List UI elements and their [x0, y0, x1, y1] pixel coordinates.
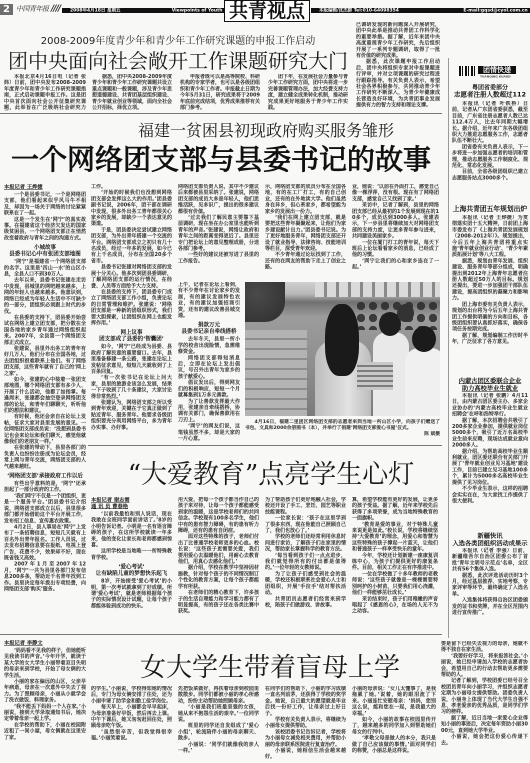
- article-column: 据悉，团中央2008-2009年度青少年和青少年工作研究课题共设立重点课题和一般…: [92, 74, 172, 111]
- paragraph: ‘孝敬父母是做人的本分，我只是做了自己应该做的事情。’面对同学们的称赞，小丽总是…: [352, 736, 436, 755]
- paragraph: ‘每当看到孩子们一点点进步，我们就觉得所有的付出都是值得的。’一位年轻的女教师说…: [265, 553, 346, 572]
- paragraph: 据介绍，为帮助高校毕业生顺利就业，团区委还联合有关部门开展了‘青年就业创业见习基…: [452, 449, 528, 486]
- paragraph: 据了解，本次招聘会共吸引了200多家企业参加，提供就业岗位5000多个，吸引了近…: [452, 418, 528, 449]
- email-address: E-mail:gqsd@cyol.com.cn: [464, 8, 528, 13]
- paragraph: 一位在厦门打工的青年说，每天下班后上论坛看看家乡的消息，已经成了他的习惯。: [352, 240, 439, 259]
- paragraph: 在学校的帮助下，小丽在校园附近租了一间小屋，母女俩就在这里安了家。: [4, 722, 86, 741]
- subheading-line: 县委书记亲自牵线搭桥: [178, 328, 240, 335]
- paragraph: 共青团员志愿者们经常来到学校，陪孩子们做游戏、讲故事。: [265, 596, 346, 608]
- paragraph: 去年冬天，县里一所小学的校舍出现险情，急需维修资金。: [178, 337, 240, 356]
- paragraph: 据悉，此次课题申报工作启动后，团中央将组织专家对申报课题进行评审，并对立项课题的…: [356, 59, 440, 109]
- paragraph: 面对这些特殊的孩子，老师们付出了比普通学校老师更多的心血。校长说：‘这些孩子更需…: [178, 534, 259, 565]
- photo-building: [315, 282, 440, 297]
- masthead-date-bar: 2008年4月18日 星期五 Viewpoints of Youth: [62, 8, 224, 13]
- paragraph: 采访结束时，孩子们用稚嫩的声音唱起了《感恩的心》，在场的人无不为之动容。: [352, 596, 438, 615]
- article-headline: 团中央面向社会敞开工作课题研究大门: [0, 49, 356, 73]
- article-column: 示，网络团支部的成员分布在全国各地，有的在工厂打工，有的自己创业，还有的在外地读…: [265, 184, 346, 280]
- paragraph: 为了让善款发挥最大作用，张建亲自牵线搭桥，协调有关部门，确保善款用在刀刃上。: [178, 399, 240, 424]
- sidebar-item-headline: 新疆快讯 入选各类团组织活动成果示范点: [452, 532, 528, 548]
- paragraph: 团下年，在发展社会力量参与青少年工作研究方面，团中央将进一步完善课题管理办法，加…: [268, 74, 348, 111]
- paragraph: ‘教育是爱的事业，对于特殊儿童来说更是如此。’校长说，学校将继续坚持‘大爱教育’…: [352, 522, 438, 553]
- headline-line: 粤团省委部分: [452, 84, 528, 91]
- sidebar-header-title: 团情快递: [483, 66, 511, 74]
- caption-text: 4月16日，福建二里团区网络团支部的志愿者来到当地一所山区小学，向孩子们赠送了书…: [245, 419, 440, 431]
- paragraph: 如今，张建的心中装着一张团支部地图，哪个网络团支部有多少人、开展了什么活动，他都…: [4, 377, 86, 414]
- article-column: 已调研发现的新问题深入开展研究，团中央此举是推动共青团工作科学化的重要举措。据了…: [356, 22, 440, 111]
- paragraph: 小丽说：‘同学们就像我的亲人一样。’: [178, 742, 259, 754]
- decorative-slashes: ////: [51, 3, 60, 15]
- paragraph: 小丽的母亲说：‘女儿太懂事了，是我拖累了她。’说着，她的眼泪流了下来。小丽连忙安…: [352, 686, 436, 717]
- paragraph: 8岁，开始接受‘爱心考试’的小明，第一次考试就拿到了好成绩。所谓‘爱心考试’，就…: [91, 579, 172, 610]
- paragraph: 网络团支部得知消息后，立即在论坛上发出倡议，号召外出青年为家乡的孩子献爱心。: [178, 355, 240, 380]
- paragraph: 一位在学校做了十多年教师的老教师说：‘这些孩子就像是一棵棵需要特别呵护的小树苗，…: [352, 571, 438, 596]
- paragraph: 在老师们的精心教育下，许多孩子的生活自理能力和学习能力都有了明显提高，有的孩子还…: [178, 590, 259, 615]
- section-title: 共青视点: [225, 1, 309, 21]
- paragraph: 据悉，此次评选活动历时3个月，经过基层推荐、实地考察、专家评审等环节，最终确定了…: [452, 573, 528, 598]
- paragraph: 小丽说，她相信生活会越来越好。: [265, 748, 346, 760]
- section-english-name: Viewpoints of Youth: [171, 8, 222, 13]
- paragraph: ‘妈妈看不见我的样子，但她能听见我读书的声音。’今年开学，就读于某大学的女大学生…: [4, 648, 86, 679]
- paragraph: 目前，全省各级团组织已建立志愿服务站点3000多个。: [452, 169, 528, 181]
- paragraph: ‘网宁让我们的心和家乡连在了一起。’: [352, 258, 439, 270]
- sidebar-header-subtitle: TUANQING KUAIDI: [480, 75, 511, 79]
- paragraph: 要是留下已经失去视力的母亲，她就不得不独自在家生活。: [441, 641, 528, 653]
- byline: 本报记者 王烨捷: [4, 184, 86, 191]
- article-headline: 一个网络团支部与县委书记的故事: [0, 143, 442, 177]
- paragraph: 小丽说，她会把这份爱心传递下去。: [441, 734, 528, 746]
- paragraph: 去年以来，县委书记张建在走访中发现，县城里的网吧越来越多，上网的年轻人也越来越多…: [4, 278, 86, 315]
- paragraph: 如今，‘网宁’已经成为县委、县政府了解民意的重要窗口。去年，县里准备修建一条公路…: [91, 344, 172, 375]
- paragraph: 示，网络团支部的成员分布在全国各地，有的在工厂打工，有的自己创业，还有的在外地读…: [265, 184, 346, 215]
- article-column: 本报北京4月16日电（记者 张炜）日前，团中央发布2008-2009年度青少年和…: [4, 74, 86, 111]
- sidebar-divider: [448, 58, 449, 638]
- paragraph: 据介绍，学校在教学中坚持因材施教，针对每个孩子的不同情况制订个性化的教育方案，让…: [178, 565, 259, 590]
- article-column: 本报记者 李静文 ‘妈妈看不见我的样子，但她能听见我读书的声音。’今年开学，就读…: [4, 640, 86, 763]
- paragraph: 如今，小丽的故事在校园里传开了，越来越多的同学加入到帮助她们母女的行列中。: [352, 717, 436, 736]
- paragraph: 采访中，记者了解到，县里的网络团支部已经从最初的1个发展到现在的10多个，成员达…: [352, 203, 439, 240]
- paragraph: 每天早上，小丽都会早早起床，为母亲准备好早饭，然后再去上课。中午下课后，她又匆匆…: [91, 705, 172, 730]
- subheading: ‘网络团支部’承接政府工作以后: [4, 473, 86, 480]
- paragraph: 记者了解到，学校团委已经号召全校团员青年向小丽学习，并组织志愿者定期为小丽母女提…: [441, 678, 528, 715]
- article-column: 的学生。’小丽说，学校得知她的情况后，专门为母女俩安排了住处，还为小丽申请了助学…: [91, 686, 172, 763]
- article-column: 业，她说：‘以前在外面打工，感觉自己像一棵浮萍，没有根。现在有了网络团支部，感觉…: [352, 184, 439, 280]
- paragraph: 团省委有关负责人表示，下一步将进一步加强志愿者的培训和管理，推动志愿服务工作制度…: [452, 144, 528, 169]
- article-column: 本报记者 王烨捷 一个是县委书记，一个是网络团支部，他们看起来似乎风马牛不相及，…: [4, 184, 86, 632]
- article-headline: 女大学生带着盲母上学: [94, 653, 446, 683]
- photo-child-body: [405, 348, 440, 416]
- section-divider: [88, 445, 442, 446]
- paragraph: 班里的同学还自发组成了‘爱心小组’，轮流陪伴小丽的母亲聊天、散步。: [178, 723, 259, 742]
- paragraph: 在县委的支持下，团县委开始尝试在网络上建立团支部，把分散在全国各地的家乡青年通过…: [4, 315, 86, 346]
- section-divider: [0, 634, 442, 635]
- article-column: 先把饭菜做好，再扶着母亲到校园里散散步。同学们都被小丽的孝心所感动，纷纷主动帮助…: [178, 686, 259, 763]
- paragraph: 这所学校是当地唯一一所特殊教育学校。: [91, 549, 172, 561]
- paragraph: ‘过去我们了解民意主要靠下基层调研，现在坐在办公室里也能听到青年的声音。’张建说…: [178, 215, 259, 252]
- news-photo: [245, 282, 440, 416]
- article-column: 申报者既可以是高等院校、科研机构的专家学者，也可以是各级团组织和青少年工作者。申…: [180, 74, 260, 111]
- article-kicker: 福建一贫困县初现政府购买服务雏形: [90, 121, 442, 140]
- paragraph: ‘以前我最怕和别人说话，现在我敢在全班同学面前讲话了。’8岁的小明告诉记者。小明…: [91, 512, 172, 549]
- photo-credit: 陈 斌摄: [245, 431, 440, 437]
- paragraph: 据了解，近日当地一家爱心企业得知小丽的事迹后，决定每年资助小丽3000元，直到她…: [441, 715, 528, 734]
- barcode-stripes-icon: [459, 66, 477, 76]
- paragraph: 网络团支部负责人说，其中不少建议后来都被县里采纳了。张建说，网络团支部的成员大多…: [178, 184, 259, 215]
- photo-child-head: [397, 304, 414, 322]
- paragraph: 算，希望学校能有更好的发展，让更多的孩子受益。据了解，近年来学校先后获得了多项荣…: [352, 497, 438, 522]
- paragraph: 今年，学校还计划新建一座康复训练中心，为孩子们提供更好的康复条件。目前，相关工作…: [352, 553, 438, 572]
- photo-tree: [245, 282, 285, 322]
- subheading-line: 团支部成了县委的‘智囊团’: [91, 336, 172, 343]
- paragraph: ‘有一次张书记在论坛上问大家，县里的旅游业该怎么发展，结果一下子收到了几十条建议…: [91, 375, 172, 400]
- paragraph: ‘小丽是我们班最坚强的女孩，她从来不抱怨生活的艰辛。’一位同学说。: [178, 705, 259, 724]
- paragraph: 县委书记张建对网络团支部的发展十分关心。他多次到团县委调研，了解网络团支部的运行…: [91, 265, 172, 290]
- subheading-line: ‘网络团支部’承接政府工作以后: [4, 473, 86, 480]
- paragraph: 学校的老师们还经常利用休息时间进行家访，了解孩子们在家里的情况，帮助家长掌握科学…: [265, 534, 346, 553]
- paragraph: 学校有关负责人表示，将继续为小丽母女提供帮助。: [265, 717, 346, 729]
- subheading: ‘爱心考试’ 让有缺陷儿童的梦想快乐起飞: [91, 564, 172, 577]
- paragraph: 该校团委书记告诉记者，学校将为小丽母女减免相关费用，并帮助小丽的母亲联系医院进行…: [265, 729, 346, 748]
- paragraph: 上午，记者在论坛上看到，有不少青年在讨论家乡的发展，有的建议发展特色农业，有的建…: [178, 282, 240, 319]
- paragraph: 一位家长说：‘孩子在这里学到了很多东西，现在他能自己照顾自己了，我们也放心了。’: [265, 516, 346, 535]
- paragraph: 这是一个发生在‘网宁’的真实故事。在福建省这个经济欠发达的国家级贫困县，一个网络…: [4, 217, 86, 242]
- paragraph: 本报讯（记者 王烨捷）为贯彻落实团十五大精神，日前团上海市委发布了《上海共青团发…: [452, 215, 528, 258]
- paragraph: ‘网宁’的网友们说，这笔钱虽然不多，却是大家的一片心意。: [178, 424, 240, 443]
- photo-caption: 4月16日，福建二里团区网络团支部的志愿者来到当地一所山区小学，向孩子们赠送了书…: [245, 419, 440, 440]
- headline-line: 新疆快讯: [452, 532, 528, 540]
- photo-books: [357, 362, 393, 390]
- section-title-box: 共青视点: [224, 0, 310, 22]
- paragraph: 本报北京4月16日电（记者 张炜）日前，团中央发布2008-2009年度青少年和…: [4, 74, 86, 111]
- paragraph: 的学生。’小丽说，学校得知她的情况后，专门为母女俩安排了住处，还为小丽申请了助学…: [91, 686, 172, 705]
- paragraph: 一个是县委书记，一个是网络团支部，他们看起来似乎风马牛不相及，却因为一场关于网络…: [4, 192, 86, 217]
- paragraph: 本报讯（记者 李强）日前，新疆维吾尔自治区团委公布了首批‘青年文明号示范点’名单…: [452, 548, 528, 573]
- sidebar-item-body: 本报讯（记者 张鹏）4月11日，由内蒙古团区委主办、多家企业协办的‘内蒙古高校毕…: [452, 393, 528, 529]
- newspaper-page: 2 中国青年报 //// 2008年4月18日 星期五 Viewpoints o…: [0, 0, 530, 763]
- paragraph: 据悉，团中央2008-2009年度青少年和青少年工作研究课题共设立重点课题和一般…: [92, 74, 172, 111]
- paragraph: ‘网宁’是福建省一个网络团支部的名字。这里是‘四山一水’的山区小县，全县人口不到…: [4, 259, 86, 278]
- article-column: 算，希望学校能有更好的发展，让更多的孩子受益。据了解，近年来学校先后获得了多项荣…: [352, 497, 438, 631]
- paragraph: 团上海市委有关负责人表示，规划的出台将为今后五年上海共青团工作提供明确的方向和目…: [452, 302, 528, 333]
- paragraph: 张建说，县里外出务工的青年有好几万人，他们分布在全国各地，过去团组织很难联系上他…: [4, 346, 86, 377]
- paragraph: 有时候，他还会亲自在论坛上发帖，征求大家对县里发展的意见。一位网络团支部成员说：…: [4, 414, 86, 445]
- article-headline: “大爱教育”点亮学生心灯: [95, 459, 447, 491]
- sidebar-item-body: 本报讯（记者 王烨捷）为贯彻落实团十五大精神，日前团上海市委发布了《上海共青团发…: [452, 215, 528, 375]
- headline-line: 上海共青团五年规划出炉: [452, 205, 528, 213]
- article-column: 要是留下已经失去视力的母亲，她就不得不独自在家生活。 ‘我要好好学习，将来报答社…: [441, 641, 528, 763]
- sidebar-item-headline: 上海共青团五年规划出炉: [452, 205, 528, 214]
- photo-woman-hair: [325, 304, 359, 376]
- sidebar-item-headline: 粤团省委部分 志愿者注册人数超过112万: [452, 84, 528, 99]
- paragraph: 先把饭菜做好，再扶着母亲到校园里散散步。同学们都被小丽的孝心所感动，纷纷主动帮助…: [178, 686, 259, 705]
- paragraph: 不少毕业生表示，这样的招聘会实实在在，为大家找工作提供了很大便利。: [452, 486, 528, 505]
- byline: 通 讯 员 曹春艳: [91, 504, 172, 511]
- article-column: 用大爱，把每一个孩子都当作自己的孩子来对待，让每一个孩子都能感受到家的温暖，这是…: [178, 497, 259, 631]
- sidebar-header-box: 团情快递: [478, 66, 516, 74]
- paragraph: 2007年1月至2007年12月，‘网宁’一共为县里各部门发布信息200多条，帮…: [4, 562, 86, 593]
- article-column: 小丽的母亲说：‘女儿太懂事了，是我拖累了她。’说着，她的眼泪流了下来。小丽连忙安…: [352, 686, 436, 763]
- paragraph: 据悉，规划由青年发展、组织建设、服务青年等部分组成，明确提出到2012年上海青年…: [452, 258, 528, 301]
- section-divider: [0, 113, 442, 114]
- article-column: 本报记者 谢志需 通 讯 员 曹春艳 ‘以前我最怕和别人说话，现在我敢在全班同学…: [91, 497, 172, 631]
- article-column: 网络团支部负责人说，其中不少建议后来都被县里采纳了。张建说，网络团支部的成员大多…: [178, 184, 259, 280]
- paragraph: ‘我要好好学习，将来报答社会。’小丽说，她已经申请加入学校的志愿者协会，希望用自…: [441, 653, 528, 678]
- article-column: 为了帮助孩子们更好地融入社会，学校还开设了手工、烹饪、园艺等职业技能课程。 一位…: [265, 497, 346, 631]
- newspaper-logo: 中国青年报: [16, 2, 49, 16]
- article-column: 工作。 ‘开始的时候我们也没想到网络团支部会发挥这么大的作用。’团县委副书记说，…: [91, 184, 172, 444]
- subheading: 小城故事 县委书记心中有张团支部地图: [4, 244, 86, 257]
- headline-line: 志愿者注册人数超过112万: [452, 91, 528, 99]
- paragraph: ‘虽然很辛苦，但我觉得很幸福。’小丽笑着说。: [91, 729, 172, 741]
- paragraph: 在同学们的帮助下，小丽的学习成绩一直名列前茅，还获得了学校的奖学金。她说，自己最…: [265, 686, 346, 717]
- issue-date: 2008年4月18日 星期五: [70, 8, 120, 13]
- paragraph: 已调研发现的新问题深入开展研究，团中央此举是推动共青团工作科学化的重要举措。据了…: [356, 22, 440, 59]
- paragraph: 有些出乎意料的是，‘网宁’还承担起了一部分政府的工作。: [4, 481, 86, 493]
- editor-and-tel: 本版编辑/沈杰群 Tel:010-64098354: [319, 8, 399, 13]
- headline-line: 入选各类团组织活动成果示范点: [452, 540, 528, 549]
- subheading-line: 县委书记心中有张团支部地图: [4, 251, 86, 258]
- photo-child-head: [412, 326, 436, 352]
- paragraph: 4月2日，县人事局在‘网宁’上发布了一条招聘信息，短短几天就有上百名外出青年报名…: [4, 524, 86, 561]
- subheading: 捐款万元 县委书记亲自牵线搭桥: [178, 322, 240, 335]
- article-column: 上午，记者在论坛上看到，有不少青年在讨论家乡的发展，有的建议发展特色农业，有的建…: [178, 282, 240, 443]
- paragraph: 据了解，规划编制工作历时半年，广泛征求了各方意见。: [452, 333, 528, 345]
- page-number-badge: 2: [0, 4, 13, 15]
- paragraph: ‘我们网宁不仅是一个团组织，更是一个服务平台。’团县委书记介绍说，网络团支部成立…: [4, 493, 86, 524]
- masthead-contact-bar: 本版编辑/沈杰群 Tel:010-64098354 E-mail:gqsd@cy…: [311, 8, 530, 13]
- paragraph: ‘我不能丢下妈妈一个人在家。’小丽说，接到大学录取通知书后，她决定带着母亲一起上…: [4, 704, 86, 723]
- photo-steps: [245, 330, 307, 416]
- paragraph: 小丽的家在偏远的山区，父亲早年病逝，母亲在一次意外中失去了视力。为了照顾母亲，小…: [4, 679, 86, 704]
- subheading: 网上议事 团支部成了县委的‘智囊团’: [91, 329, 172, 342]
- paragraph: 为了帮助孩子们更好地融入社会，学校还开设了手工、烹饪、园艺等职业技能课程。: [265, 497, 346, 516]
- paragraph: 于是，团县委决定尝试建立网络团支部，为外出青年搭建一个交流的平台。网络团支部成立…: [91, 227, 172, 264]
- headline-line: 内蒙古团区委联合企业: [452, 377, 528, 385]
- sidebar-item-body: 本报讯（记者 叶铁桥）日前，记者从广东团省委获悉，截至目前，广东省注册志愿者人数…: [452, 101, 528, 201]
- article-column: 在同学们的帮助下，小丽的学习成绩一直名列前茅，还获得了学校的奖学金。她说，自己最…: [265, 686, 346, 763]
- paragraph: 本报讯（记者 张鹏）4月11日，由内蒙古团区委主办、多家企业协办的‘内蒙古高校毕…: [452, 393, 528, 418]
- paragraph: 一些好的建议还被写进了县里的工作报告。: [178, 252, 259, 264]
- paragraph: 倡议发出后，得到网友们的积极响应，短短一个月就募集到1万多元善款。: [178, 380, 240, 399]
- sidebar-item-headline: 内蒙古团区委联合企业 助力高校毕业生就业: [452, 377, 528, 393]
- sidebar-item-body: 本报讯（记者 李强）日前，新疆维吾尔自治区团委公布了首批‘青年文明号示范点’名单…: [452, 548, 528, 633]
- paragraph: 不少青年通过论坛找到了工作，还有的在网友的帮助下走上了创业之路。: [265, 252, 346, 271]
- article-kicker: 2008-2009年度青少年和青少年工作研究课题的申报工作启动: [0, 36, 356, 48]
- paragraph: ‘我们在网上建立团支部，就是要把这些青年凝聚起来，让他们为家乡建设献计出力。’团…: [265, 215, 346, 252]
- paragraph: 入选集体将获得自治区团委颁发的证书和奖牌，并在全区范围内进行宣传推广。: [452, 598, 528, 617]
- subheading-line: 让有缺陷儿童的梦想快乐起飞: [91, 570, 172, 577]
- paragraph: ‘开始的时候我们也没想到网络团支部会发挥这么大的作用。’团县委副书记说，2006…: [91, 190, 172, 227]
- headline-line: 助力高校毕业生就业: [452, 385, 528, 393]
- paragraph: 为了让孩子们感受到社会的温暖，学校还积极联系社会爱心人士和团组织，开展‘手拉手’…: [265, 571, 346, 596]
- byline: 本报记者 李静文: [4, 640, 86, 647]
- paragraph: 本报讯（记者 叶铁桥）日前，记者从广东团省委获悉，截至目前，广东省注册志愿者人数…: [452, 101, 528, 144]
- paragraph: 在张建的带动下，县里各部门的负责人也纷纷注册成为论坛会员，经常上网与青年交流，网…: [4, 445, 86, 470]
- paragraph: 张建认为，网络团支部之所以受到青年欢迎，关键在于它真正做到了贴近青年、服务青年。…: [91, 400, 172, 431]
- article-column: 团下年，在发展社会力量参与青少年工作研究方面，团中央将进一步完善课题管理办法，加…: [268, 74, 348, 111]
- paragraph: 申报者既可以是高等院校、科研机构的专家学者，也可以是各级团组织和青少年工作者。申…: [180, 74, 260, 111]
- paragraph: 用大爱，把每一个孩子都当作自己的孩子来对待，让每一个孩子都能感受到家的温暖，这是…: [178, 497, 259, 534]
- paragraph: 在县委的支持下，团县委专门成立了网络团支部工作小组，负责论坛的日常管理和维护。张…: [91, 289, 172, 326]
- paragraph: 业，她说：‘以前在外面打工，感觉自己像一棵浮萍，没有根。现在有了网络团支部，感觉…: [352, 184, 439, 203]
